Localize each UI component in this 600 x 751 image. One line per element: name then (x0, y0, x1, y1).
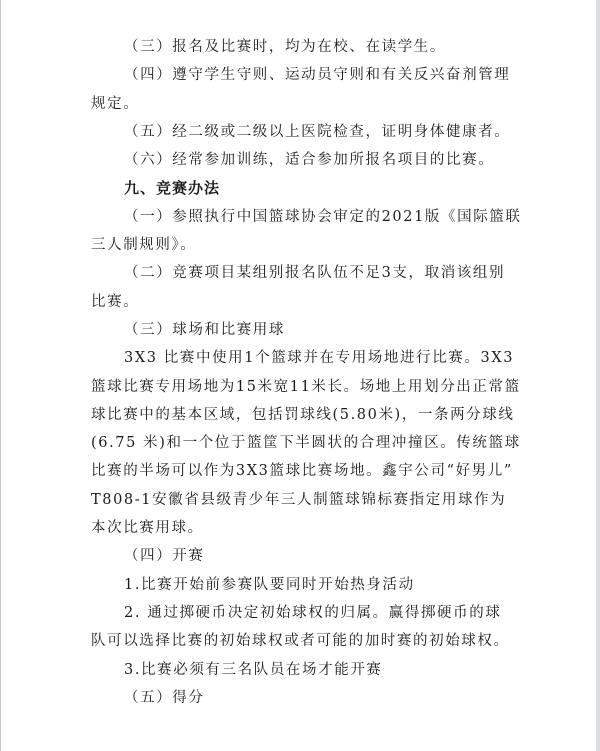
text-line: 篮球比赛专用场地为15米宽11米长。场地上用划分出正常篮 (91, 373, 509, 401)
text-line: (6.75 米)和一个位于篮筐下半圆状的合理冲撞区。传统篮球 (91, 429, 509, 457)
text-line: （一）参照执行中国篮球协会审定的2021版《国际篮联 (91, 203, 509, 231)
text-line: 规定。 (91, 90, 509, 118)
text-line: 比赛的半场可以作为3X3篮球比赛场地。鑫宇公司“好男儿” (91, 457, 509, 485)
text-line: （三）报名及比赛时，均为在校、在读学生。 (91, 33, 509, 61)
paragraph-rules-3-title: （三）球场和比赛用球 (91, 316, 509, 344)
paragraph-rules-1: （一）参照执行中国篮球协会审定的2021版《国际篮联 三人制规则》。 (91, 203, 509, 260)
section-heading-competition-method: 九、竞赛办法 (91, 174, 509, 202)
text-line: （三）球场和比赛用球 (91, 316, 509, 344)
paragraph-eligibility-6: （六）经常参加训练，适合参加所报名项目的比赛。 (91, 146, 509, 174)
text-line: （五）得分 (91, 684, 509, 712)
document-page: （三）报名及比赛时，均为在校、在读学生。 （四）遵守学生守则、运动员守则和有关反… (1, 0, 596, 751)
text-line: 队可以选择比赛的初始球权或者可能的加时赛的初始球权。 (91, 627, 509, 655)
text-line: （六）经常参加训练，适合参加所报名项目的比赛。 (91, 146, 509, 174)
text-line: 球比赛中的基本区域，包括罚球线(5.80米)，一条两分球线 (91, 401, 509, 429)
paragraph-start-1: 1.比赛开始前参赛队要同时开始热身活动 (91, 571, 509, 599)
paragraph-eligibility-5: （五）经二级或二级以上医院检查，证明身体健康者。 (91, 118, 509, 146)
text-line: 三人制规则》。 (91, 231, 509, 259)
page-right-scroll-edge (596, 0, 600, 751)
text-line: 1.比赛开始前参赛队要同时开始热身活动 (91, 571, 509, 599)
text-line: 本次比赛用球。 (91, 514, 509, 542)
text-line: （四）遵守学生守则、运动员守则和有关反兴奋剂管理 (91, 61, 509, 89)
text-line: （四）开赛 (91, 542, 509, 570)
paragraph-eligibility-4: （四）遵守学生守则、运动员守则和有关反兴奋剂管理 规定。 (91, 61, 509, 118)
text-line: T808-1安徽省县级青少年三人制篮球锦标赛指定用球作为 (91, 486, 509, 514)
paragraph-start-2: 2. 通过掷硬币决定初始球权的归属。赢得掷硬币的球 队可以选择比赛的初始球权或者… (91, 599, 509, 656)
text-line: 2. 通过掷硬币决定初始球权的归属。赢得掷硬币的球 (91, 599, 509, 627)
text-line: 3X3 比赛中使用1个篮球并在专用场地进行比赛。3X3 (91, 344, 509, 372)
paragraph-rules-4-title: （四）开赛 (91, 542, 509, 570)
paragraph-rules-2: （二）竞赛项目某组别报名队伍不足3支，取消该组别 比赛。 (91, 259, 509, 316)
paragraph-start-3: 3.比赛必须有三名队员在场才能开赛 (91, 656, 509, 684)
paragraph-eligibility-3: （三）报名及比赛时，均为在校、在读学生。 (91, 33, 509, 61)
text-line: （五）经二级或二级以上医院检查，证明身体健康者。 (91, 118, 509, 146)
text-line: （二）竞赛项目某组别报名队伍不足3支，取消该组别 (91, 259, 509, 287)
text-line: 比赛。 (91, 288, 509, 316)
document-content: （三）报名及比赛时，均为在校、在读学生。 （四）遵守学生守则、运动员守则和有关反… (91, 33, 509, 712)
paragraph-court-and-ball: 3X3 比赛中使用1个篮球并在专用场地进行比赛。3X3 篮球比赛专用场地为15米… (91, 344, 509, 542)
text-line: 3.比赛必须有三名队员在场才能开赛 (91, 656, 509, 684)
section-title: 九、竞赛办法 (91, 174, 509, 202)
paragraph-rules-5-title: （五）得分 (91, 684, 509, 712)
